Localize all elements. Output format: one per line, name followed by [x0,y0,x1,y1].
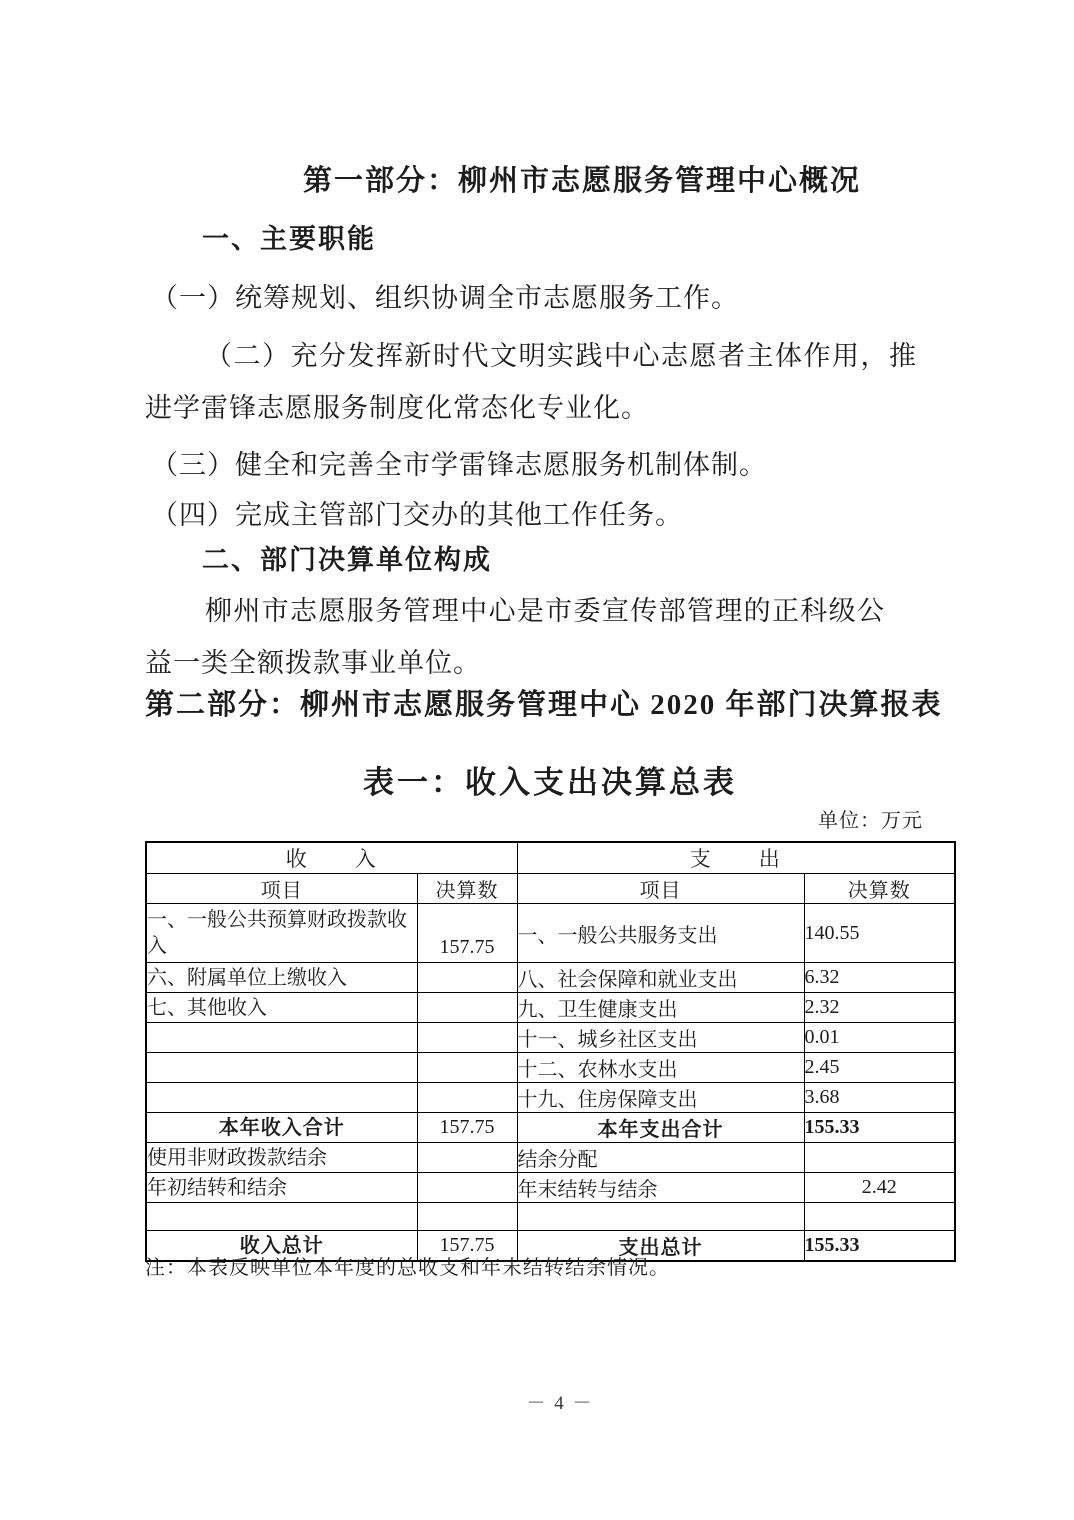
table-row: 七、其他收入 九、卫生健康支出 2.32 [146,993,955,1023]
income-item-cell: 年初结转和结余 [146,1173,417,1203]
summary-table: 收 入 支 出 项目 决算数 项目 决算数 一、一般公共预算财政拨款收入 157… [145,841,956,1262]
part1-title: 第一部分：柳州市志愿服务管理中心概况 [0,163,1074,199]
page-number: － 4 － [0,1388,1074,1415]
expense-item-cell: 十九、住房保障支出 [517,1083,804,1113]
policy-item-2: （二）充分发挥新时代文明实践中心志愿者主体作用，推进学雷锋志愿服务制度化常态化专… [145,330,917,434]
expense-amount-cell: 155.33 [804,1113,955,1143]
policy-item-3: （三）健全和完善全市学雷锋志愿服务机制体制。 [151,450,767,480]
income-item-cell: 六、附属单位上缴收入 [146,963,417,993]
income-item-cell [146,1053,417,1083]
table-row: 十一、城乡社区支出 0.01 [146,1023,955,1053]
income-amount-cell [417,1143,517,1173]
expense-item-cell: 结余分配 [517,1143,804,1173]
expense-item-header: 项目 [517,874,804,904]
unit-label: 单位：万元 [145,810,923,832]
table-title: 表一：收入支出决算总表 [0,765,1074,801]
expense-amount-cell: 2.42 [804,1173,955,1203]
expense-amount-cell: 2.45 [804,1053,955,1083]
table-row: 年初结转和结余 年末结转与结余 2.42 [146,1173,955,1203]
income-item-cell: 本年收入合计 [146,1113,417,1143]
expense-amount-cell: 2.32 [804,993,955,1023]
table-note: 注：本表反映单位本年度的总收支和年末结转结余情况。 [145,1256,670,1280]
expense-amount-cell: 140.55 [804,904,955,963]
income-amount-cell: 157.75 [417,1113,517,1143]
income-item-cell [146,1083,417,1113]
income-amount-cell [417,1083,517,1113]
part2-title: 第二部分：柳州市志愿服务管理中心 2020 年部门决算报表 [145,687,943,723]
income-amount-cell [417,1203,517,1231]
income-amount-cell [417,1023,517,1053]
expense-amount-cell: 155.33 [804,1231,955,1262]
income-item-header: 项目 [146,874,417,904]
income-amount-cell [417,963,517,993]
expense-item-cell: 八、社会保障和就业支出 [517,963,804,993]
expense-item-cell: 一、一般公共服务支出 [517,904,804,963]
income-amount-header: 决算数 [417,874,517,904]
expense-group-header: 支 出 [517,842,955,874]
expense-amount-header: 决算数 [804,874,955,904]
table-row: 十九、住房保障支出 3.68 [146,1083,955,1113]
income-amount-cell [417,1173,517,1203]
expense-amount-cell [804,1203,955,1231]
table-row: 六、附属单位上缴收入 八、社会保障和就业支出 6.32 [146,963,955,993]
expense-item-cell: 十二、农林水支出 [517,1053,804,1083]
expense-item-cell [517,1203,804,1231]
expense-amount-cell [804,1143,955,1173]
policy-item-4: （四）完成主管部门交办的其他工作任务。 [151,500,683,530]
expense-item-cell: 十一、城乡社区支出 [517,1023,804,1053]
table-row [146,1203,955,1231]
document-page: 第一部分：柳州市志愿服务管理中心概况 一、主要职能 （一）统筹规划、组织协调全市… [0,0,1074,1520]
income-item-cell: 使用非财政拨款结余 [146,1143,417,1173]
expense-amount-cell: 6.32 [804,963,955,993]
table-row: 一、一般公共预算财政拨款收入 157.75 一、一般公共服务支出 140.55 [146,904,955,963]
table-row: 十二、农林水支出 2.45 [146,1053,955,1083]
expense-item-cell: 年末结转与结余 [517,1173,804,1203]
section1-heading: 一、主要职能 [202,224,376,254]
section2-body: 柳州市志愿服务管理中心是市委宣传部管理的正科级公益一类全额拨款事业单位。 [145,585,885,689]
section2-heading: 二、部门决算单位构成 [202,545,492,575]
income-item-cell: 七、其他收入 [146,993,417,1023]
income-amount-cell [417,1053,517,1083]
income-item-cell [146,1203,417,1231]
income-amount-cell: 157.75 [417,904,517,963]
expense-amount-cell: 0.01 [804,1023,955,1053]
policy-item-1: （一）统筹规划、组织协调全市志愿服务工作。 [151,283,739,313]
group-header-row: 收 入 支 出 [146,842,955,874]
income-amount-cell [417,993,517,1023]
expense-amount-cell: 3.68 [804,1083,955,1113]
income-item-cell: 一、一般公共预算财政拨款收入 [146,904,417,963]
income-item-cell [146,1023,417,1053]
expense-item-cell: 九、卫生健康支出 [517,993,804,1023]
table-row-subtotal: 本年收入合计 157.75 本年支出合计 155.33 [146,1113,955,1143]
income-group-header: 收 入 [146,842,517,874]
column-header-row: 项目 决算数 项目 决算数 [146,874,955,904]
table-row: 使用非财政拨款结余 结余分配 [146,1143,955,1173]
expense-item-cell: 本年支出合计 [517,1113,804,1143]
